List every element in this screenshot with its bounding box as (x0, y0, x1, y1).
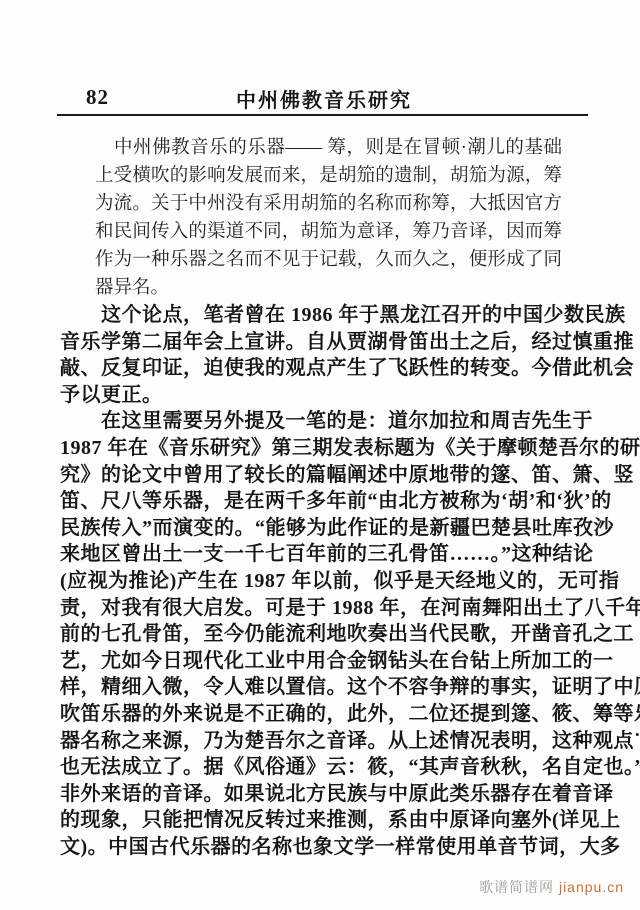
text-line: 民族传入”而演变的。“能够为此作证的是新疆巴楚县吐库孜沙 (60, 515, 588, 542)
text-line: 吹笛乐器的外来说是不正确的，此外，二位还提到篴、筱、筹等乐 (60, 701, 588, 728)
watermark-site-name: 歌谱简谱网 (479, 879, 554, 895)
paragraph-discussion: 在这里需要另外提及一笔的是：道尔加拉和周吉先生于1987 年在《音乐研究》第三期… (60, 408, 588, 860)
running-title: 中州佛教音乐研究 (60, 84, 588, 113)
text-line: 和民间传入的渠道不同，胡笳为意译，筹乃音译，因而筹 (95, 218, 562, 246)
text-line: 敲、反复印证，迫使我的观点产生了飞跃性的转变。今借此机会 (60, 355, 588, 382)
text-line: (应视为推论)产生在 1987 年以前，似乎是天经地义的，无可指 (60, 568, 588, 595)
watermark: 歌谱简谱网 jianpu.cn (479, 877, 624, 897)
text-line: 器异名。 (95, 274, 562, 302)
text-line: 前的七孔骨笛，至今仍能流利地吹奏出当代民歌，开凿音孔之工 (60, 621, 588, 648)
text-line: 中州佛教音乐的乐器—— 筹，则是在冒顿·潮儿的基础 (95, 134, 562, 162)
text-line: 笛、尺八等乐器，是在两千多年前“由北方被称为‘胡’和‘狄’的 (60, 488, 588, 515)
page-header: 82 中州佛教音乐研究 (60, 84, 588, 112)
text-line: 1987 年在《音乐研究》第三期发表标题为《关于摩顿楚吾尔的研 (60, 435, 588, 462)
text-line: 器名称之来源，乃为楚吾尔之音译。从上述情况表明，这种观点˙ (60, 728, 588, 755)
page-content: 中州佛教音乐的乐器—— 筹，则是在冒顿·潮儿的基础上受横吹的影响发展而来，是胡笳… (60, 134, 588, 860)
text-line: 作为一种乐器之名而不见于记载，久而久之，便形成了同 (95, 246, 562, 274)
text-line: 非外来语的音译。如果说北方民族与中原此类乐器存在着音译 (60, 781, 588, 808)
text-line: 上受横吹的影响发展而来，是胡笳的遗制，胡笳为源，筹 (95, 162, 562, 190)
text-line: 的现象，只能把情况反转过来推测，系由中原译向塞外(详见上 (60, 807, 588, 834)
text-line: 也无法成立了。据《风俗通》云：筱，“其声音秋秋，名自定也。”并 (60, 754, 588, 781)
text-line: 来地区曾出土一支一千七百年前的三孔骨笛……。”这种结论 (60, 541, 588, 568)
text-line: 予以更正。 (60, 382, 588, 409)
scanned-book-page: 82 中州佛教音乐研究 中州佛教音乐的乐器—— 筹，则是在冒顿·潮儿的基础上受横… (0, 0, 640, 910)
text-line: 在这里需要另外提及一笔的是：道尔加拉和周吉先生于 (60, 408, 588, 435)
text-line: 音乐学第二届年会上宣讲。自从贾湖骨笛出土之后，经过慎重推 (60, 329, 588, 356)
paragraph-correction-note: 这个论点，笔者曾在 1986 年于黑龙江召开的中国少数民族音乐学第二届年会上宣讲… (60, 302, 588, 408)
text-line: 究》的论文中曾用了较长的篇幅阐述中原地带的篴、笛、箫、竖 (60, 462, 588, 489)
quote-paragraph: 中州佛教音乐的乐器—— 筹，则是在冒顿·潮儿的基础上受横吹的影响发展而来，是胡笳… (95, 134, 562, 302)
text-line: 为流。关于中州没有采用胡笳的名称而称筹，大抵因官方 (95, 190, 562, 218)
text-line: 样，精细入微，令人难以置信。这个不容争辩的事实，证明了中原 (60, 674, 588, 701)
text-line: 艺，尤如今日现代化工业中用合金钢钻头在台钻上所加工的一 (60, 648, 588, 675)
text-line: 这个论点，笔者曾在 1986 年于黑龙江召开的中国少数民族 (60, 302, 588, 329)
text-line: 责，对我有很大启发。可是于 1988 年，在河南舞阳出土了八千年 (60, 595, 588, 622)
page-number: 82 (86, 85, 109, 110)
text-line: 文)。中国古代乐器的名称也象文学一样常使用单音节词，大多 (60, 834, 588, 861)
watermark-site-url: jianpu.cn (559, 879, 624, 895)
header-divider (57, 114, 588, 116)
